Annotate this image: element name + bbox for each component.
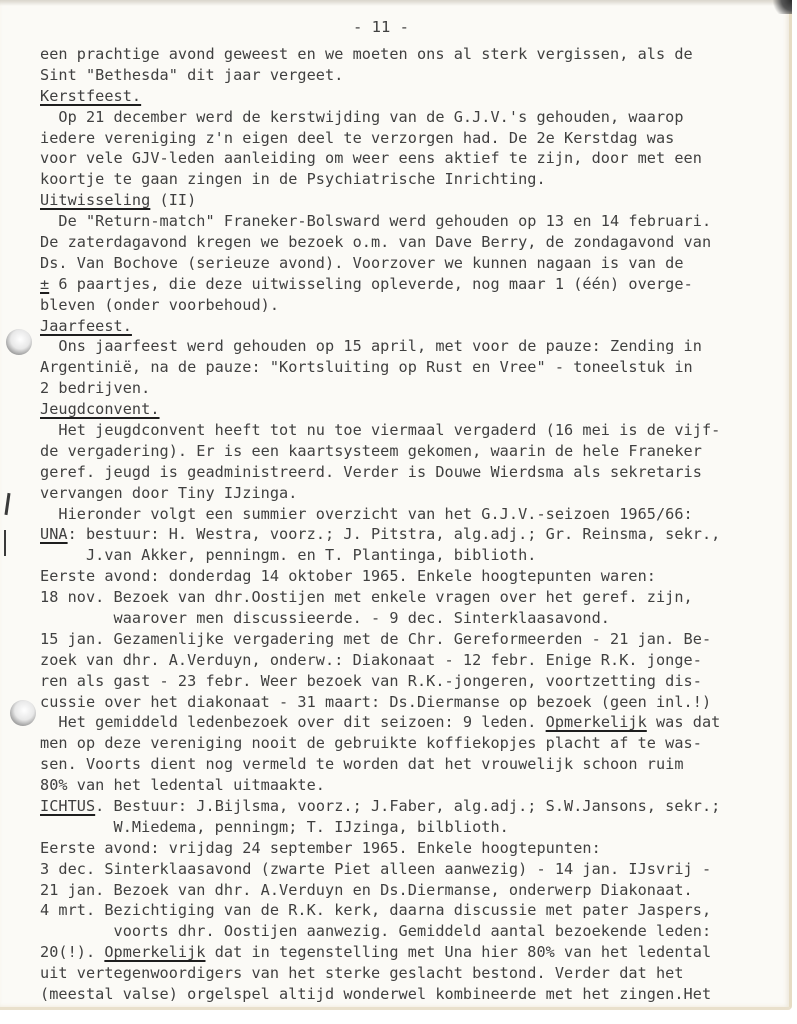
text-segment: men op deze vereniging nooit de gebruikt… xyxy=(40,734,702,752)
text-segment: Argentinië, na de pauze: "Kortsluiting o… xyxy=(40,358,693,376)
text-line: Ds. Van Bochove (serieuze avond). Voorzo… xyxy=(40,254,684,272)
text-line: ± 6 paartjes, die deze uitwisseling ople… xyxy=(40,275,693,293)
text-line: uit vertegenwoordigers van het sterke ge… xyxy=(40,964,684,982)
underlined-heading: ICHTUS xyxy=(40,797,95,815)
text-line: voorts dhr. Oostijen aanwezig. Gemiddeld… xyxy=(40,922,711,940)
text-line: waarover men discussieerde. - 9 dec. Sin… xyxy=(40,609,610,627)
scanned-page: - 11 - een prachtige avond geweest en we… xyxy=(0,0,792,1010)
text-segment: Ons jaarfeest werd gehouden op 15 april,… xyxy=(40,337,702,355)
text-line: De "Return-match" Franeker-Bolsward werd… xyxy=(40,212,711,230)
underlined-heading: Jaarfeest. xyxy=(40,317,132,335)
underlined-heading: ± xyxy=(40,275,49,293)
text-line: Jeugdconvent. xyxy=(40,400,160,418)
text-segment: de vergadering). Er is een kaartsysteem … xyxy=(40,442,702,460)
text-segment: 3 dec. Sinterklaasavond (zwarte Piet all… xyxy=(40,860,711,878)
text-line: Argentinië, na de pauze: "Kortsluiting o… xyxy=(40,358,693,376)
text-line: De zaterdagavond kregen we bezoek o.m. v… xyxy=(40,233,711,251)
text-line: 20(!). Opmerkelijk dat in tegenstelling … xyxy=(40,943,711,961)
text-segment: uit vertegenwoordigers van het sterke ge… xyxy=(40,964,684,982)
text-segment: 2 bedrijven. xyxy=(40,379,150,397)
text-line: Ons jaarfeest werd gehouden op 15 april,… xyxy=(40,337,702,355)
page-number: - 11 - xyxy=(353,18,409,36)
text-line: een prachtige avond geweest en we moeten… xyxy=(40,45,693,63)
text-segment: een prachtige avond geweest en we moeten… xyxy=(40,45,693,63)
text-segment: Het jeugdconvent heeft tot nu toe vierma… xyxy=(40,421,720,439)
text-line: Het jeugdconvent heeft tot nu toe vierma… xyxy=(40,421,720,439)
text-line: 4 mrt. Bezichtiging van de R.K. kerk, da… xyxy=(40,901,711,919)
text-segment: Sint "Bethesda" dit jaar vergeet. xyxy=(40,66,343,84)
text-line: Het gemiddeld ledenbezoek over dit seizo… xyxy=(40,713,720,731)
text-line: iedere vereniging z'n eigen deel te verz… xyxy=(40,129,674,147)
text-segment: dat in tegenstelling met Una hier 80% va… xyxy=(206,943,712,961)
text-segment: Eerste avond: vrijdag 24 september 1965.… xyxy=(40,839,601,857)
text-line: Sint "Bethesda" dit jaar vergeet. xyxy=(40,66,343,84)
text-segment: Op 21 december werd de kerstwijding van … xyxy=(40,108,684,126)
text-segment: Het gemiddeld ledenbezoek over dit seizo… xyxy=(40,713,546,731)
text-line: Eerste avond: donderdag 14 oktober 1965.… xyxy=(40,567,656,585)
text-line: J.van Akker, penningm. en T. Plantinga, … xyxy=(40,546,536,564)
text-line: 15 jan. Gezamenlijke vergadering met de … xyxy=(40,630,711,648)
underlined-heading: Jeugdconvent. xyxy=(40,400,160,418)
text-segment: (II) xyxy=(150,191,196,209)
text-line: de vergadering). Er is een kaartsysteem … xyxy=(40,442,702,460)
corner-shadow xyxy=(770,0,792,14)
text-line: koortje te gaan zingen in de Psychiatris… xyxy=(40,170,546,188)
text-line: Op 21 december werd de kerstwijding van … xyxy=(40,108,684,126)
underlined-heading: Opmerkelijk xyxy=(546,713,647,731)
text-segment: iedere vereniging z'n eigen deel te verz… xyxy=(40,129,674,147)
margin-mark xyxy=(4,530,6,556)
text-segment: 20(!). xyxy=(40,943,104,961)
text-segment: W.Miedema, penningm; T. IJzinga, bilblio… xyxy=(40,818,509,836)
text-segment: 4 mrt. Bezichtiging van de R.K. kerk, da… xyxy=(40,901,711,919)
text-line: ICHTUS. Bestuur: J.Bijlsma, voorz.; J.Fa… xyxy=(40,797,720,815)
punch-hole-icon xyxy=(6,329,32,355)
text-line: 80% van het ledental uitmaakte. xyxy=(40,776,325,794)
text-segment: was dat xyxy=(647,713,721,731)
text-segment: voorts dhr. Oostijen aanwezig. Gemiddeld… xyxy=(40,922,711,940)
text-line: ren als gast - 23 febr. Weer bezoek van … xyxy=(40,672,702,690)
margin-mark xyxy=(4,493,10,515)
text-line: Uitwisseling (II) xyxy=(40,191,196,209)
text-line: Kerstfeest. xyxy=(40,87,141,105)
text-segment: (meestal valse) orgelspel altijd wonderw… xyxy=(40,985,711,1003)
text-line: zoek van dhr. A.Verduyn, onderw.: Diakon… xyxy=(40,651,702,669)
text-segment: 15 jan. Gezamenlijke vergadering met de … xyxy=(40,630,711,648)
text-segment: 18 nov. Bezoek van dhr.Oostijen met enke… xyxy=(40,588,693,606)
text-line: sen. Voorts dient nog vermeld te worden … xyxy=(40,755,684,773)
text-segment: 80% van het ledental uitmaakte. xyxy=(40,776,325,794)
text-segment: cussie over het diakonaat - 31 maart: Ds… xyxy=(40,693,711,711)
text-line: W.Miedema, penningm; T. IJzinga, bilblio… xyxy=(40,818,509,836)
text-segment: Eerste avond: donderdag 14 oktober 1965.… xyxy=(40,567,656,585)
text-segment: De "Return-match" Franeker-Bolsward werd… xyxy=(40,212,711,230)
text-segment: geref. jeugd is geadministreerd. Verder … xyxy=(40,463,702,481)
underlined-heading: Kerstfeest. xyxy=(40,87,141,105)
text-segment: sen. Voorts dient nog vermeld te worden … xyxy=(40,755,684,773)
text-segment: vervangen door Tiny IJzinga. xyxy=(40,484,297,502)
text-line: Jaarfeest. xyxy=(40,317,132,335)
text-line: (meestal valse) orgelspel altijd wonderw… xyxy=(40,985,711,1003)
text-segment: ren als gast - 23 febr. Weer bezoek van … xyxy=(40,672,702,690)
text-line: 21 jan. Bezoek van dhr. A.Verduyn en Ds.… xyxy=(40,881,693,899)
text-segment: . Bestuur: J.Bijlsma, voorz.; J.Faber, a… xyxy=(95,797,720,815)
text-line: vervangen door Tiny IJzinga. xyxy=(40,484,297,502)
text-line: voor vele GJV-leden aanleiding om weer e… xyxy=(40,149,702,167)
text-segment: 21 jan. Bezoek van dhr. A.Verduyn en Ds.… xyxy=(40,881,693,899)
text-segment: koortje te gaan zingen in de Psychiatris… xyxy=(40,170,546,188)
text-segment: : bestuur: H. Westra, voorz.; J. Pitstra… xyxy=(68,525,721,543)
text-segment: De zaterdagavond kregen we bezoek o.m. v… xyxy=(40,233,711,251)
punch-hole-icon xyxy=(10,700,36,726)
text-line: 3 dec. Sinterklaasavond (zwarte Piet all… xyxy=(40,860,711,878)
text-segment: Ds. Van Bochove (serieuze avond). Voorzo… xyxy=(40,254,684,272)
top-edge-shadow xyxy=(0,0,789,6)
text-segment: Hieronder volgt een summier overzicht va… xyxy=(40,505,693,523)
text-line: men op deze vereniging nooit de gebruikt… xyxy=(40,734,702,752)
text-line: Eerste avond: vrijdag 24 september 1965.… xyxy=(40,839,601,857)
text-line: geref. jeugd is geadministreerd. Verder … xyxy=(40,463,702,481)
underlined-heading: Uitwisseling xyxy=(40,191,150,209)
text-line: UNA: bestuur: H. Westra, voorz.; J. Pits… xyxy=(40,525,720,543)
underlined-heading: UNA xyxy=(40,525,68,543)
text-segment: voor vele GJV-leden aanleiding om weer e… xyxy=(40,149,702,167)
text-segment: J.van Akker, penningm. en T. Plantinga, … xyxy=(40,546,536,564)
text-line: 2 bedrijven. xyxy=(40,379,150,397)
text-line: bleven (onder voorbehoud). xyxy=(40,296,279,314)
text-line: 18 nov. Bezoek van dhr.Oostijen met enke… xyxy=(40,588,693,606)
text-line: cussie over het diakonaat - 31 maart: Ds… xyxy=(40,693,711,711)
text-segment: waarover men discussieerde. - 9 dec. Sin… xyxy=(40,609,610,627)
text-line: Hieronder volgt een summier overzicht va… xyxy=(40,505,693,523)
text-segment: bleven (onder voorbehoud). xyxy=(40,296,279,314)
text-segment: zoek van dhr. A.Verduyn, onderw.: Diakon… xyxy=(40,651,702,669)
text-segment: 6 paartjes, die deze uitwisseling opleve… xyxy=(49,275,693,293)
underlined-heading: Opmerkelijk xyxy=(104,943,205,961)
